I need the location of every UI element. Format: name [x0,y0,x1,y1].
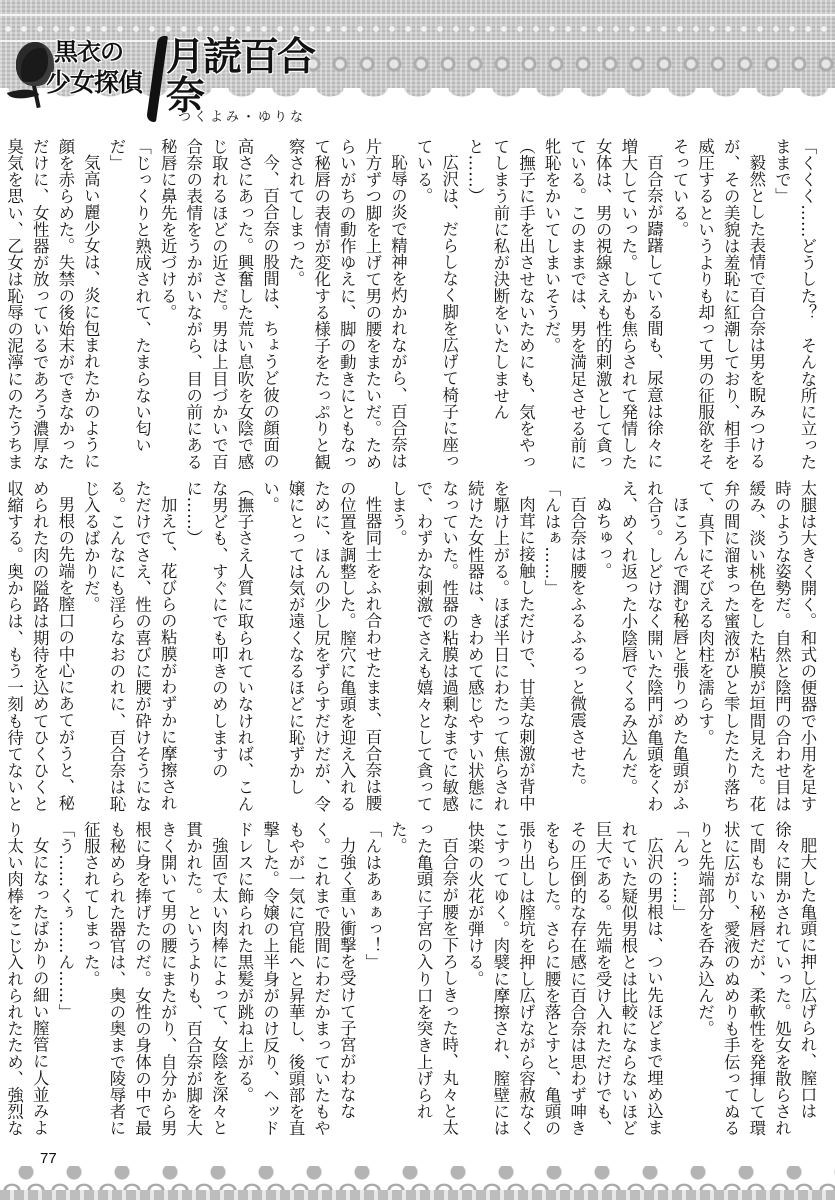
paragraph: （撫子さえ人質に取られていなければ、こんな男ども、すぐにでも叩きのめしますのに…… [180,480,257,812]
paragraph: 「んはぁ……」 [538,480,564,812]
lace-footer-border [0,1166,835,1200]
paragraph: 百合奈が腰を下ろしきった時、丸々と太った亀頭に子宮の入り口を突き上げられた。 [385,821,462,1137]
paragraph: 肉茸に接触しただけで、甘美な刺激が背中を駆け上がる。ほぼ半日にわたって焦らされ続… [385,480,539,812]
paragraph: （撫子に手を出させないためにも、気をやってしまう前に私が決断をいたしませんと……… [462,138,539,470]
paragraph: 恥辱の炎で精神を灼かれながら、百合奈は片方ずつ脚を上げて男の腰をまたいだ。ためら… [283,138,411,470]
paragraph: 女になったばかりの細い膣管に人並みより太い肉棒をこじ入れられたため、強烈な圧迫感… [0,821,52,1137]
text-tier-1: 「くくく……どうした？ そんな所に立ったままで」 毅然とした表情で百合奈は男を睨… [35,138,820,470]
paragraph: 「じっくりと熟成されて、たまらない匂いだ」 [103,138,154,470]
title-furigana: つくよみ・ゆりな [178,106,306,125]
title-divider-stroke [146,36,168,122]
paragraph: 気高い麗少女は、炎に包まれたかのように顔を赤らめた。失禁の後始末ができなかっただ… [0,138,103,470]
page-number: 77 [40,1150,57,1167]
paragraph: 加えて、花びらの粘膜がわずかに摩擦されただけでさえ、性の喜びに腰が砕けそうになる… [78,480,180,812]
text-tier-3: 肥大した亀頭に押し広げられ、膣口は徐々に開かされていった。処女を散らされて間もな… [35,821,820,1137]
paragraph: 男根の先端を膣口の中心にあてがうと、秘められた肉の隘路は期待を込めてひくひくと収… [0,480,78,812]
paragraph: ぬちゅっ。 [590,480,616,812]
lace-dot-row [0,22,835,36]
title-subtitle-line1: 黒衣の [54,40,123,64]
paragraph: 肥大した亀頭に押し広げられ、膣口は徐々に開かされていった。処女を散らされて間もな… [692,821,820,1137]
paragraph: 性器同士をふれ合わせたまま、百合奈は腰の位置を調整した。膣穴に亀頭を迎え入れるた… [257,480,385,812]
paragraph: 「う……くぅ……ん……」 [52,821,78,1137]
paragraph: 毅然とした表情で百合奈は男を睨みつけるが、その美貌は羞恥に紅潮しており、相手を威… [666,138,768,470]
text-tier-2: 太腿は大きく開く。和式の便器で小用を足す時のような姿勢だ。自然と陰門の合わせ目は… [35,480,820,812]
paragraph: 力強く重い衝撃を受けて子宮がわななく。これまで股間にわだかまっていたもやもやが一… [231,821,359,1137]
paragraph: ほころんで潤む秘唇と張りつめた亀頭がふれ合う。しどけなく開いた陰門が亀頭をくわえ… [615,480,692,812]
paragraph: 百合奈は腰をふるふるっと微震させた。 [564,480,590,812]
paragraph: 広沢は、だらしなく脚を広げて椅子に座っている。 [411,138,462,470]
series-title-logo: 黒衣の 少女探偵 月読百合奈 つくよみ・ゆりな [6,36,316,128]
paragraph: 「んはあぁぁっ！」 [359,821,385,1137]
paragraph: 「んっ……」 [666,821,692,1137]
paragraph: 太腿は大きく開く。和式の便器で小用を足す時のような姿勢だ。自然と陰門の合わせ目は… [692,480,820,812]
title-subtitle-line2: 少女探偵 [46,70,142,95]
lace-band-line [0,14,835,16]
paragraph: 今、百合奈の股間は、ちょうど彼の顔面の高さにあった。興奮した荒い息吹を女陰で感じ… [155,138,283,470]
paragraph: 強固で太い肉棒によって、女陰を深々と貫かれた。というよりも、百合奈が脚を大きく開… [78,821,232,1137]
title-main: 月読百合奈 [166,38,316,116]
paragraph: 百合奈が躊躇している間も、尿意は徐々に増大していった。しかも焦らされて発情した女… [538,138,666,470]
lace-flower-row [300,44,835,84]
paragraph: 「くくく……どうした？ そんな所に立ったままで」 [769,138,820,470]
paragraph: 広沢の男根は、つい先ほどまで埋め込まれていた疑似男根とは比較にならないほど巨大で… [462,821,667,1137]
